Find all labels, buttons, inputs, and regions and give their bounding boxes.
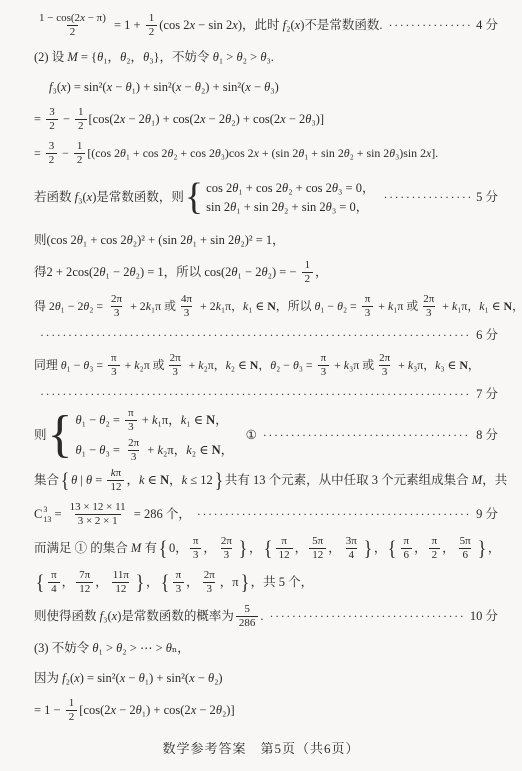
math-text: 12: [79, 583, 90, 595]
function-name: sin: [162, 233, 177, 247]
function-name: cos: [253, 112, 270, 126]
fraction-denominator: 3: [221, 548, 233, 562]
fraction: 1 − cos(2x − π)2: [36, 12, 109, 38]
function-name: sin: [210, 233, 225, 247]
math-text: [cos(2x − 2θ₁) + cos(2x − 2θ₂)]: [79, 703, 234, 718]
math-text: [cos(2x − 2θ₁) + cos(2x − 2θ₂) + cos(2x …: [89, 112, 325, 127]
fraction: 13 × 12 × 113 × 2 × 1: [67, 501, 129, 527]
math-text: 2π: [379, 352, 390, 364]
math-text: ，: [295, 541, 308, 556]
dot-leader: ········································…: [383, 190, 471, 204]
math-text: θ₁ − θ₃ =: [75, 443, 123, 458]
fraction-numerator: π: [108, 352, 120, 365]
variable: θ: [75, 443, 81, 457]
variable: θ: [282, 181, 288, 195]
variable: θ: [83, 358, 89, 372]
fraction-numerator: 2π: [420, 293, 437, 306]
fraction-numerator: 13 × 12 × 11: [67, 501, 129, 514]
variable: θ: [116, 641, 122, 655]
fraction-denominator: 3: [111, 306, 123, 320]
math-text: ①: [236, 428, 257, 443]
dot-leader: ········································…: [263, 428, 471, 442]
combination-symbol: C313: [34, 505, 51, 524]
math-text: π: [365, 293, 371, 305]
fraction: 5286: [236, 603, 259, 629]
math-text: 1 − cos(2x − π): [39, 12, 106, 24]
variable: θ: [136, 703, 142, 717]
variable: θ: [389, 146, 395, 160]
fraction-denominator: 3: [181, 306, 193, 320]
fraction-numerator: π: [190, 535, 202, 548]
fraction-denominator: 3 × 2 × 1: [75, 514, 121, 528]
math-text: 6: [462, 549, 468, 561]
cases-row: cos 2θ₁ + cos 2θ₂ + cos 2θ₃ = 0，: [206, 181, 374, 196]
function-name: cos: [56, 12, 71, 24]
math-line: 若函数 f₃(x)是常数函数，则{cos 2θ₁ + cos 2θ₂ + cos…: [34, 170, 498, 225]
math-line: 而满足 ① 的集合 M 有{0，π3，2π3}，{π12，5π12，3π4}，{…: [34, 532, 498, 566]
function-name: sin: [403, 146, 417, 160]
function-name: cos: [256, 181, 273, 195]
set-brace-icon: {: [263, 539, 272, 558]
math-text: 2: [49, 154, 55, 166]
math-text: =: [51, 507, 64, 522]
fraction: 12: [66, 697, 78, 723]
variable: θ: [216, 703, 222, 717]
fraction: 2π3: [218, 535, 235, 561]
fraction: 2π3: [201, 569, 218, 595]
cases-brace-icon: {: [185, 181, 203, 213]
fraction-numerator: 2π: [376, 352, 393, 365]
fraction-denominator: 3: [169, 365, 181, 379]
variable: x: [245, 80, 251, 94]
math-text: kπ: [111, 467, 121, 479]
variable: θ: [293, 358, 299, 372]
math-text: 3: [193, 549, 199, 561]
variable: x: [87, 190, 93, 204]
variable: θ: [337, 299, 343, 313]
variable: x: [61, 80, 67, 94]
math-text: −: [60, 112, 73, 127]
variable: x: [74, 671, 80, 685]
fraction-numerator: 2π: [218, 535, 235, 548]
fraction-numerator: 11π: [110, 569, 132, 582]
math-text: = 1 −: [34, 703, 64, 718]
variable: θ: [261, 265, 267, 279]
math-line: 得2 + 2cos(2θ₁ − 2θ₂) = 1，所以 cos(2θ₁ − 2θ…: [34, 255, 498, 289]
variable: θ: [208, 671, 214, 685]
variable: k: [226, 358, 231, 372]
math-line: 则{θ₁ − θ₂ = π3 + k₁π，k₁ ∈ N，θ₁ − θ₃ = 2π…: [34, 407, 498, 464]
math-text: ，: [203, 541, 216, 556]
math-text: 3: [382, 366, 388, 378]
set-brace-icon: {: [61, 471, 70, 490]
fraction: π6: [401, 535, 413, 561]
fraction-denominator: 3: [379, 365, 391, 379]
math-text: 2: [149, 26, 155, 38]
math-text: π: [111, 352, 117, 364]
math-line: ········································…: [34, 382, 498, 407]
math-text: 2π: [128, 437, 139, 449]
function-name: C: [34, 507, 42, 521]
function-name: sin: [97, 671, 112, 685]
math-text: ，: [95, 575, 108, 590]
math-text: ，: [62, 575, 75, 590]
dot-leader: ········································…: [40, 328, 471, 342]
function-name: cos: [143, 146, 159, 160]
cases-row: θ₁ − θ₃ = 2π3 + k₂π，k₂ ∈ N，: [75, 437, 233, 463]
fraction-denominator: 2: [46, 153, 58, 167]
fraction: 3π4: [343, 535, 360, 561]
set-brace-icon: }: [364, 539, 373, 558]
math-text: (3) 不妨令 θ₁ > θ₂ > ⋯ > θₙ，: [34, 641, 190, 656]
math-text: 3: [49, 140, 55, 152]
variable: θ: [86, 473, 92, 487]
variable: θ: [186, 233, 192, 247]
math-text: 1: [305, 259, 311, 271]
variable: θ: [264, 80, 270, 94]
cases-rows: θ₁ − θ₂ = π3 + k₁π，k₁ ∈ N，θ₁ − θ₃ = 2π3 …: [75, 407, 233, 464]
function-name: sin: [302, 200, 317, 214]
cases-rows: cos 2θ₁ + cos 2θ₂ + cos 2θ₃ = 0，sin 2θ₁ …: [206, 181, 374, 215]
math-text: 2: [69, 711, 75, 723]
math-text: 3: [172, 366, 178, 378]
function-name: sin: [276, 146, 290, 160]
fraction-numerator: π: [401, 535, 413, 548]
set-brace-icon: {: [36, 573, 45, 592]
variable: θ: [298, 146, 304, 160]
math-text: ，: [328, 541, 341, 556]
fraction: 2π3: [125, 437, 142, 463]
math-line: (3) 不妨令 θ₁ > θ₂ > ⋯ > θₙ，: [34, 634, 498, 664]
math-text: 2π: [111, 293, 122, 305]
function-name: sin: [167, 671, 182, 685]
math-text: 2: [70, 26, 76, 38]
set-brace-icon: {: [159, 539, 168, 558]
function-name: sin: [153, 80, 168, 94]
fraction: 12: [75, 106, 87, 132]
fraction: π3: [108, 352, 120, 378]
math-text: π: [404, 535, 410, 547]
fraction-denominator: 6: [401, 548, 413, 562]
math-text: 2: [305, 273, 311, 285]
fraction: 12: [74, 140, 86, 166]
function-name: cos: [163, 18, 180, 32]
function-name: sin: [223, 80, 238, 94]
math-text: + k₂π，k₂ ∈ N，θ₂ − θ₃ =: [186, 358, 316, 372]
function-name: cos: [93, 112, 110, 126]
fraction-denominator: 2: [429, 548, 441, 562]
fraction: 5π6: [457, 535, 474, 561]
math-text: 则(cos 2θ₁ + cos 2θ₂)² + (sin 2θ₁ + sin 2…: [34, 233, 285, 248]
variable: f: [283, 18, 286, 32]
math-line: = 1 − 12[cos(2x − 2θ₁) + cos(2x − 2θ₂)]: [34, 694, 498, 728]
fraction-numerator: 2π: [167, 352, 184, 365]
fraction-numerator: π: [173, 569, 185, 582]
variable: θ: [120, 50, 126, 64]
math-line: = 32 − 12[(cos 2θ₁ + cos 2θ₂ + cos 2θ₃)c…: [34, 136, 498, 170]
variable: θ: [225, 112, 231, 126]
math-text: + 2k₁π，k₁ ∈ N，所以 θ₁ − θ₂ =: [197, 299, 360, 313]
fraction-numerator: π: [429, 535, 441, 548]
function-name: cos: [190, 146, 206, 160]
cases-row: θ₁ − θ₂ = π3 + k₁π，k₁ ∈ N，: [75, 407, 233, 433]
function-name: cos: [72, 265, 89, 279]
math-line: C313 = 13 × 12 × 113 × 2 × 1 = 286 个，···…: [34, 498, 498, 532]
math-line: 因为 f₂(x) = sin²(x − θ₁) + sin²(x − θ₂): [34, 664, 498, 694]
variable: k: [452, 299, 457, 313]
variable: x: [426, 146, 431, 160]
math-text: = 1 +: [111, 18, 144, 33]
math-text: 0，: [169, 541, 188, 556]
function-name: cos: [164, 703, 181, 717]
subscript: 13: [43, 515, 51, 525]
fraction-numerator: 1 − cos(2x − π): [36, 12, 109, 25]
cases-group: {θ₁ − θ₂ = π3 + k₁π，k₁ ∈ N，θ₁ − θ₃ = 2π3…: [48, 407, 234, 464]
fraction-denominator: 12: [76, 582, 93, 596]
variable: f: [100, 609, 103, 623]
fraction-numerator: 2π: [125, 437, 142, 450]
function-name: cos: [306, 181, 323, 195]
math-text: 共有 13 个元素，从中任取 3 个元素组成集合 M，共: [225, 473, 507, 488]
fraction: π3: [190, 535, 202, 561]
math-text: 4π: [181, 293, 192, 305]
fraction: 2π3: [420, 293, 437, 319]
variable: θ: [278, 200, 284, 214]
function-name: sin: [321, 146, 335, 160]
number-set-symbol: N: [503, 299, 512, 313]
math-text: 2: [49, 120, 55, 132]
variable: k: [182, 473, 188, 487]
fraction: 2π3: [167, 352, 184, 378]
variable: k: [181, 413, 187, 427]
math-line: (2) 设 M = {θ₁，θ₂，θ₃}，不妨令 θ₁ > θ₂ > θ₃.: [34, 42, 498, 72]
number-set-symbol: N: [250, 358, 259, 372]
fraction: 32: [46, 106, 58, 132]
math-text: π: [193, 535, 199, 547]
math-text: C: [34, 507, 42, 522]
math-text: 2π: [221, 535, 232, 547]
math-text: 2π: [170, 352, 181, 364]
math-text: 2π: [423, 293, 434, 305]
variable: k: [146, 299, 151, 313]
variable: θ: [234, 233, 240, 247]
math-text: 得2 + 2cos(2θ₁ − 2θ₂) = 1，所以 cos(2θ₁ − 2θ…: [34, 265, 300, 280]
math-line: 集合{θ | θ = kπ12，k ∈ N，k ≤ 12}共有 13 个元素，从…: [34, 464, 498, 498]
variable: θ: [71, 473, 77, 487]
math-text: 而满足 ① 的集合 M 有: [34, 541, 157, 556]
math-text: 12: [312, 549, 323, 561]
fraction-numerator: π: [125, 407, 137, 420]
math-text: ，: [249, 541, 262, 556]
variable: θ: [92, 641, 98, 655]
variable: x: [107, 80, 113, 94]
function-name: cos: [51, 233, 68, 247]
fraction-numerator: kπ: [108, 467, 124, 480]
fraction-denominator: 3: [173, 582, 185, 596]
fraction-numerator: 7π: [76, 569, 93, 582]
math-text: θ | θ =: [71, 473, 105, 488]
score-label: 4 分: [476, 18, 498, 33]
fraction-denominator: 3: [318, 365, 330, 379]
fraction-numerator: 3π: [343, 535, 360, 548]
variable: θ: [83, 299, 89, 313]
math-text: =: [34, 112, 44, 127]
math-text: 则: [34, 428, 47, 443]
fraction: π3: [173, 569, 185, 595]
math-line: f₃(x) = sin²(x − θ₁) + sin²(x − θ₂) + si…: [49, 72, 498, 102]
cases-group: {cos 2θ₁ + cos 2θ₂ + cos 2θ₃ = 0，sin 2θ₁…: [185, 181, 375, 215]
cases-brace-icon: {: [48, 413, 73, 457]
fraction-denominator: 4: [346, 548, 358, 562]
function-name: sin: [366, 146, 380, 160]
fraction-numerator: 1: [302, 259, 314, 272]
variable: θ: [99, 413, 105, 427]
fraction-denominator: 2: [75, 119, 87, 133]
math-text: (2) 设 M = {θ₁，θ₂，θ₃}，不妨令 θ₁ > θ₂ > θ₃.: [34, 50, 274, 65]
math-text: 1: [149, 12, 155, 24]
math-text: = 286 个，: [131, 507, 191, 522]
fraction-numerator: 4π: [178, 293, 195, 306]
score-label: 6 分: [476, 328, 498, 343]
math-text: θ₁ − θ₂ =: [75, 413, 123, 428]
math-text: 得 2θ₁ − 2θ₂ =: [34, 299, 106, 313]
math-text: π: [281, 535, 287, 547]
document-page: { "document": { "footer": "数学参考答案 第5页（共6…: [0, 0, 522, 771]
fraction: π12: [276, 535, 293, 561]
math-text: + k₃π，k₃ ∈ N，: [395, 358, 480, 372]
set-brace-icon: }: [477, 539, 486, 558]
math-text: 3: [224, 549, 230, 561]
math-text: 3: [176, 583, 182, 595]
math-text: 3: [184, 307, 190, 319]
fraction-denominator: 12: [276, 548, 293, 562]
math-text: 5π: [312, 535, 323, 547]
math-line: 则使得函数 f₃(x)是常数函数的概率为5286.···············…: [34, 600, 498, 634]
math-text: 集合: [34, 473, 59, 488]
math-text: 11π: [113, 569, 129, 581]
fraction-numerator: 1: [74, 140, 86, 153]
fraction-numerator: π: [48, 569, 60, 582]
math-text: + 2k₁π 或: [127, 299, 176, 313]
fraction-denominator: 4: [48, 582, 60, 596]
variable: θ: [99, 265, 105, 279]
variable: M: [472, 473, 482, 487]
math-text: 3: [114, 307, 120, 319]
math-text: + k₁π，k₁ ∈ N，: [139, 413, 228, 428]
fraction-numerator: 3: [46, 106, 58, 119]
math-text: ，: [488, 541, 501, 556]
variable: k: [344, 358, 349, 372]
fraction-numerator: 3: [46, 140, 58, 153]
math-text: 2: [77, 154, 83, 166]
fraction: 5π12: [309, 535, 326, 561]
fraction-denominator: 3: [128, 450, 140, 464]
fraction-denominator: 12: [112, 582, 129, 596]
math-line: 得 2θ₁ − 2θ₂ = 2π3 + 2k₁π 或4π3 + 2k₁π，k₁ …: [34, 289, 498, 323]
fraction: π2: [429, 535, 441, 561]
math-text: 12: [279, 549, 290, 561]
math-text: 因为 f₂(x) = sin²(x − θ₁) + sin²(x − θ₂): [34, 671, 223, 686]
number-set-symbol: N: [459, 358, 468, 372]
math-text: 1: [78, 106, 84, 118]
fraction: 2π3: [376, 352, 393, 378]
math-text: + k₁π 或: [375, 299, 418, 313]
variable: θ: [167, 146, 173, 160]
math-text: 4: [51, 583, 57, 595]
math-text: 6: [404, 549, 410, 561]
math-text: + k₂π 或: [122, 358, 165, 372]
math-text: π: [321, 352, 327, 364]
fraction-denominator: 2: [46, 119, 58, 133]
math-text: + k₃π 或: [331, 358, 374, 372]
variable: k: [243, 299, 248, 313]
number-set-symbol: N: [160, 473, 169, 487]
fraction-numerator: 1: [146, 12, 158, 25]
math-text: 同理 θ₁ − θ₃ =: [34, 358, 106, 372]
fraction-denominator: 3: [108, 365, 120, 379]
math-line: = 32 − 12[cos(2x − 2θ₁) + cos(2x − 2θ₂) …: [34, 102, 498, 136]
variable: k: [186, 443, 192, 457]
function-name: cos: [229, 146, 245, 160]
fraction-denominator: 286: [236, 616, 259, 630]
page-footer: 数学参考答案 第5页（共6页）: [0, 738, 522, 757]
variable: θ: [99, 443, 105, 457]
math-text: 5: [244, 603, 250, 615]
fraction-numerator: π: [278, 535, 290, 548]
fraction-denominator: 3: [190, 548, 202, 562]
fraction-numerator: 1: [75, 106, 87, 119]
variable: x: [120, 112, 126, 126]
variable: x: [111, 703, 117, 717]
fraction: π3: [125, 407, 137, 433]
math-text: (cos 2x − sin 2x)，此时 f₂(x)不是常数函数.: [159, 18, 382, 33]
math-text: ，k ∈ N，k ≤ 12: [126, 473, 212, 488]
variable: θ: [332, 181, 338, 195]
fraction-denominator: 12: [309, 548, 326, 562]
math-text: ，: [186, 575, 199, 590]
math-text: f₃(x) = sin²(x − θ₁) + sin²(x − θ₂) + si…: [49, 80, 279, 95]
variable: θ: [232, 181, 238, 195]
math-text: + k₂π，k₂ ∈ N，: [144, 443, 233, 458]
fraction-denominator: 2: [66, 710, 78, 724]
variable: x: [80, 12, 85, 24]
set-brace-icon: }: [215, 471, 224, 490]
math-text: ，: [374, 541, 387, 556]
variable: x: [295, 18, 301, 32]
variable: θ: [61, 358, 67, 372]
fraction-denominator: 3: [125, 420, 137, 434]
variable: θ: [237, 50, 243, 64]
variable: k: [408, 358, 413, 372]
math-text: 12: [115, 583, 126, 595]
math-text: sin 2θ₁ + sin 2θ₂ + sin 2θ₃ = 0，: [206, 200, 368, 215]
variable: θ: [145, 112, 151, 126]
variable: θ: [166, 641, 172, 655]
math-text: 286: [239, 617, 256, 629]
variable: θ: [125, 80, 131, 94]
fraction-numerator: π: [362, 293, 374, 306]
variable: θ: [326, 200, 332, 214]
math-line: 1 − cos(2x − π)2 = 1 + 12(cos 2x − sin 2…: [34, 8, 498, 42]
variable: k: [134, 358, 139, 372]
math-text: 则使得函数 f₃(x)是常数函数的概率为: [34, 609, 234, 624]
math-text: 12: [110, 481, 121, 493]
fraction: 11π12: [110, 569, 132, 595]
fraction: 2π3: [108, 293, 125, 319]
math-text: 3: [128, 421, 134, 433]
math-text: ，: [146, 575, 159, 590]
function-name: sin: [208, 18, 223, 32]
